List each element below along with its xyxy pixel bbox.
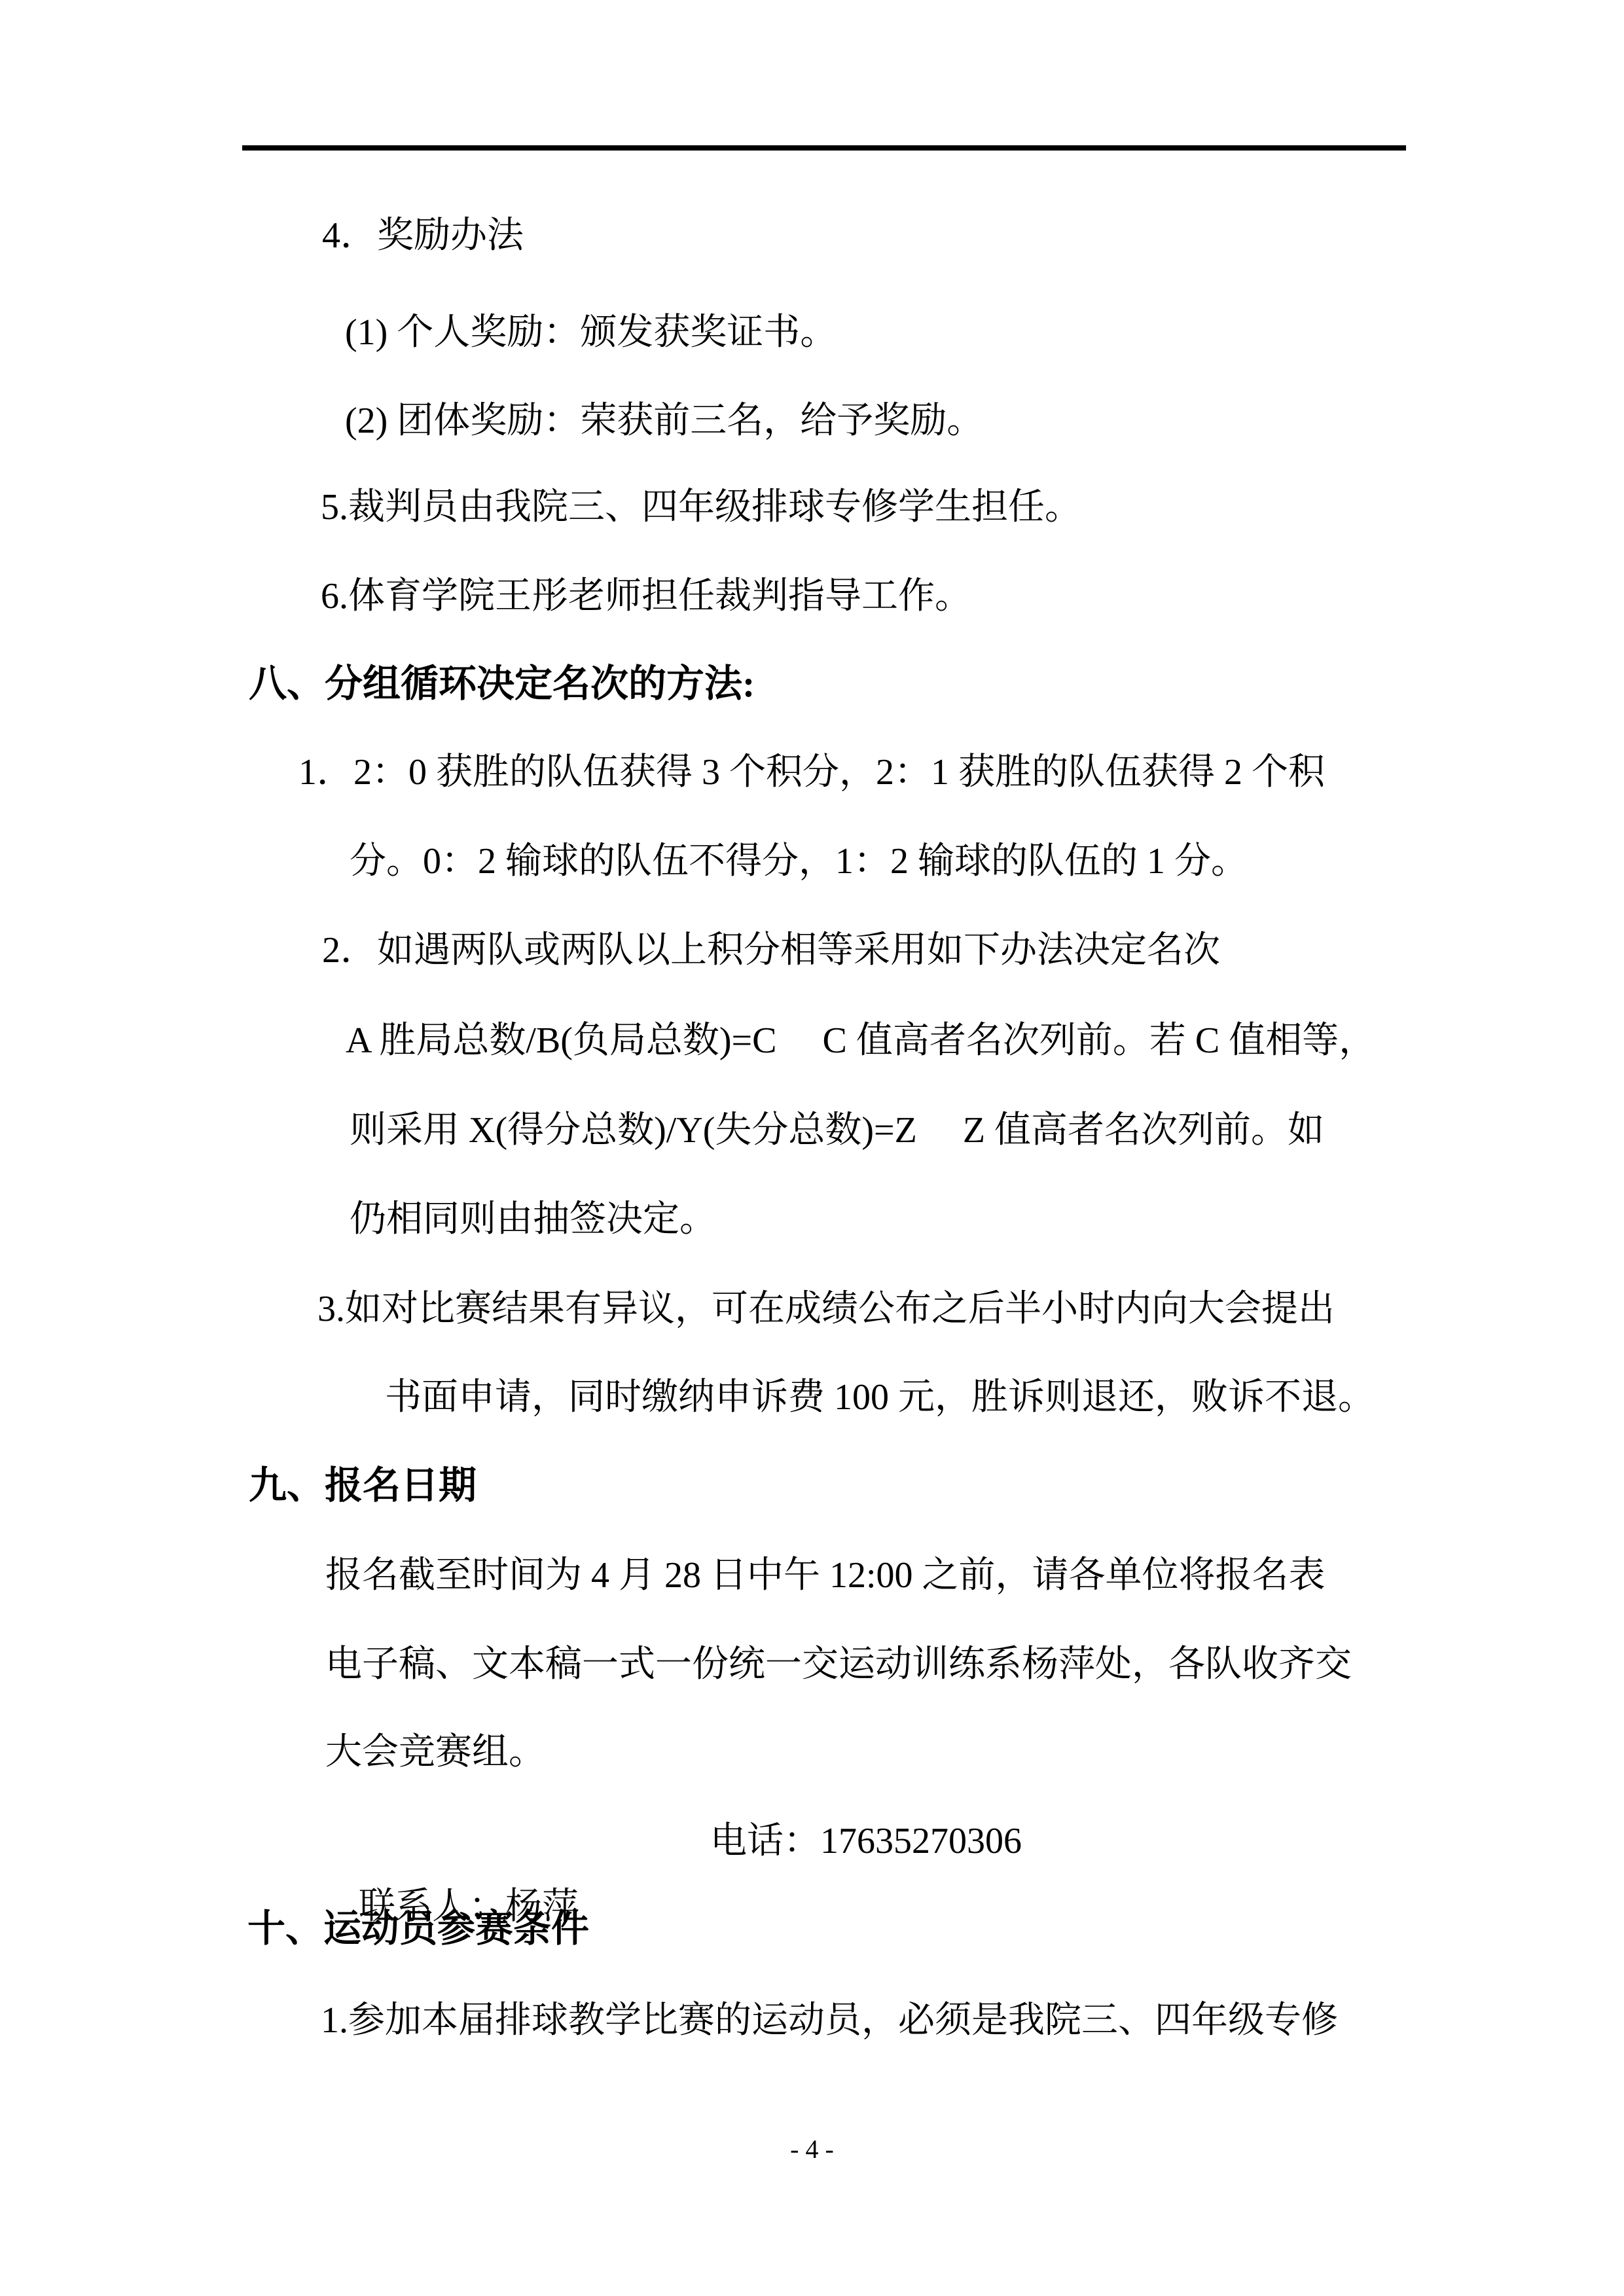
item6-line: 6.体育学院王彤老师担任裁判指导工作。: [321, 564, 971, 629]
contact-phone: 电话：17635270306: [710, 1808, 1022, 1874]
section8-formula-line3: 仍相同则由抽签决定。: [350, 1187, 716, 1252]
section10-item1-line: 1.参加本届排球教学比赛的运动员，必须是我院三、四年级专修: [321, 1988, 1338, 2053]
item4-sub2-line: (2) 团体奖励：荣获前三名，给予奖励。: [345, 388, 983, 454]
section8-item3-line2: 书面申请，同时缴纳申诉费 100 元，胜诉则退还，败诉不退。: [385, 1365, 1375, 1430]
section8-item2-line: 2．如遇两队或两队以上积分相等采用如下办法决定名次: [322, 918, 1220, 983]
item4-sub1-line: (1) 个人奖励：颁发获奖证书。: [345, 300, 837, 365]
section9-body-line1: 报名截至时间为 4 月 28 日中午 12:00 之前，请各单位将报名表: [325, 1543, 1326, 1608]
section8-item1-line2: 分。0：2 输球的队伍不得分，1：2 输球的队伍的 1 分。: [350, 829, 1248, 894]
section10-heading: 十、运动员参赛条件: [247, 1896, 589, 1962]
contact-line: 联系人：杨萍 电话：17635270306: [322, 1808, 579, 1874]
section9-heading: 九、报名日期: [249, 1453, 477, 1518]
section9-body-line3: 大会竞赛组。: [325, 1719, 545, 1785]
section8-item3-line1: 3.如对比赛结果有异议，可在成绩公布之后半小时内向大会提出: [317, 1276, 1335, 1342]
item5-line: 5.裁判员由我院三、四年级排球专修学生担任。: [321, 475, 1081, 540]
document-page: 4．奖励办法 (1) 个人奖励：颁发获奖证书。 (2) 团体奖励：荣获前三名，给…: [0, 0, 1624, 2296]
section8-heading: 八、分组循环决定名次的方法:: [249, 651, 755, 717]
item4-heading-line: 4．奖励办法: [322, 203, 524, 268]
section8-formula-line2: 则采用 X(得分总数)/Y(失分总数)=Z Z 值高者名次列前。如: [350, 1098, 1324, 1163]
page-number: - 4 -: [0, 2130, 1624, 2169]
header-rule: [242, 145, 1406, 151]
section8-item1-line1: 1．2：0 获胜的队伍获得 3 个积分，2：1 获胜的队伍获得 2 个积: [298, 740, 1325, 805]
section9-body-line2: 电子稿、文本稿一式一份统一交运动训练系杨萍处，各队收齐交: [325, 1632, 1352, 1697]
section8-formula-line1: A 胜局总数/B(负局总数)=C C 值高者名次列前。若 C 值相等，: [346, 1008, 1375, 1073]
